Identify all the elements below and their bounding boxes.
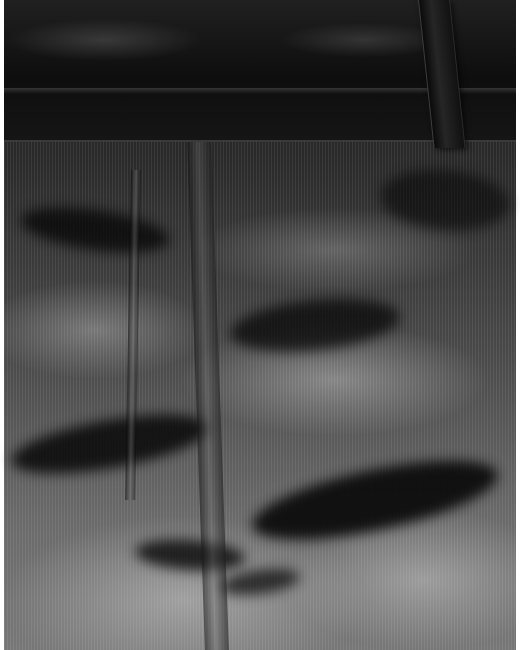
- product-photo: [0, 0, 520, 650]
